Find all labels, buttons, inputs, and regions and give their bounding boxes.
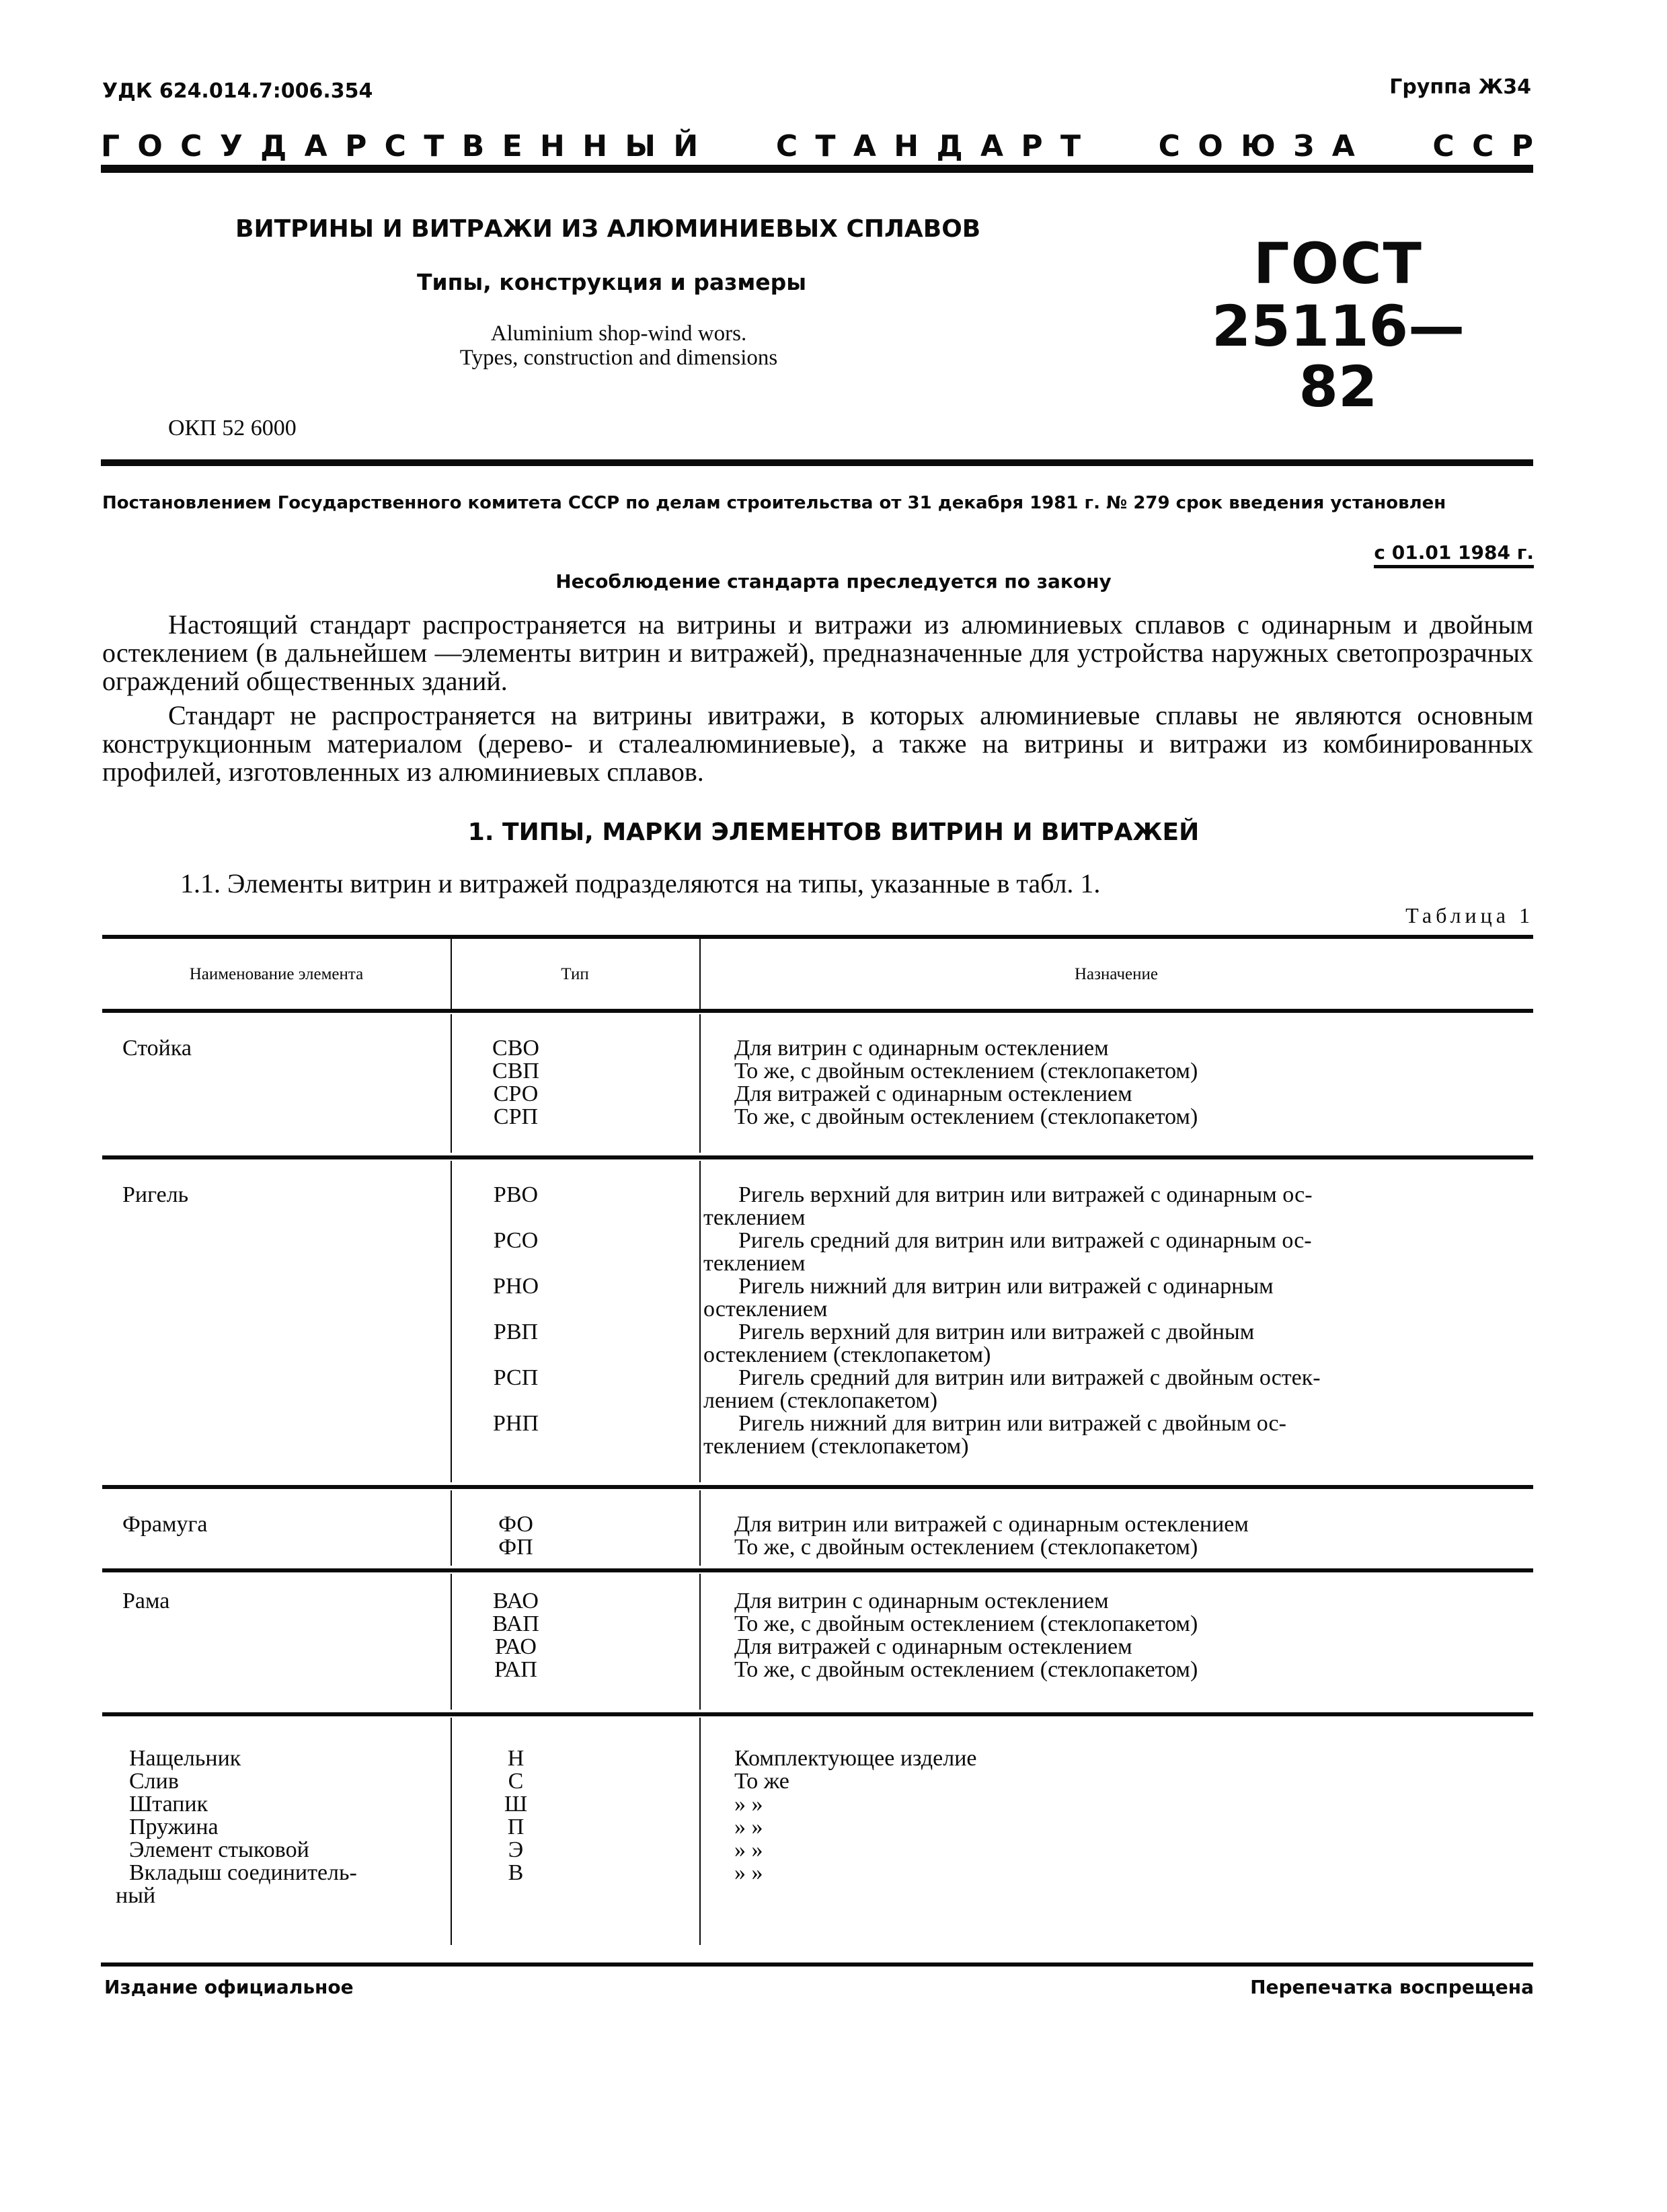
table-column-rule	[699, 1161, 701, 1482]
banner-word: С С Р	[1432, 129, 1533, 163]
purpose-line: » »	[734, 1862, 763, 1884]
purpose-line: теклением	[703, 1252, 1312, 1275]
header-rule	[101, 165, 1533, 173]
purpose-line: » »	[734, 1839, 763, 1862]
purpose: » »	[734, 1862, 763, 1884]
type-code: СВО	[391, 1037, 640, 1060]
footer-official-edition: Издание официальное	[104, 1976, 354, 1998]
footer-reprint-prohibited: Перепечатка воспрещена	[1250, 1976, 1534, 1998]
table-row-rule	[102, 1568, 1533, 1572]
type-code: Ш	[391, 1793, 640, 1816]
type-code: Э	[391, 1839, 640, 1862]
purpose: Для витрин или витражей с одинарным осте…	[734, 1513, 1249, 1536]
section-1-heading: 1. ТИПЫ, МАРКИ ЭЛЕМЕНТОВ ВИТРИН И ВИТРАЖ…	[0, 818, 1667, 846]
purpose: Для витражей с одинарным остеклением	[734, 1636, 1132, 1658]
type-code: ВАП	[391, 1613, 640, 1636]
type-code: РНО	[391, 1275, 640, 1298]
purpose: То же	[734, 1770, 789, 1793]
type-code: ФП	[391, 1536, 640, 1559]
purpose-line: Для витражей с одинарным остеклением	[734, 1083, 1132, 1106]
purpose: То же, с двойным остеклением (стеклопаке…	[734, 1536, 1198, 1559]
purpose: Ригель верхний для витрин или витражей с…	[703, 1184, 1313, 1229]
type-code: СВП	[391, 1060, 640, 1083]
table-caption: Таблица 1	[1405, 903, 1534, 928]
type-code: РВО	[391, 1184, 640, 1207]
table-row-rule	[102, 1712, 1533, 1716]
purpose-line: Для витрин с одинарным остеклением	[734, 1037, 1109, 1060]
type-code: ФО	[391, 1513, 640, 1536]
english-title: Aluminium shop-wind wors. Types, constru…	[323, 321, 915, 370]
type-code: РНП	[391, 1412, 640, 1435]
purpose: Для витрин с одинарным остеклением	[734, 1590, 1109, 1613]
table-column-rule	[699, 1574, 701, 1710]
purpose-line: Для витрин с одинарным остеклением	[734, 1590, 1109, 1613]
purpose: Ригель средний для витрин или витражей с…	[703, 1367, 1321, 1412]
table-row-rule	[102, 1009, 1533, 1013]
purpose: » »	[734, 1793, 763, 1816]
paragraph-exclusions: Стандарт не распространяется на витрины …	[102, 701, 1533, 786]
table-top-rule	[102, 935, 1533, 939]
banner-word: С Т А Н Д А Р Т	[776, 129, 1081, 163]
type-code: ВАО	[391, 1590, 640, 1613]
purpose-line: остеклением (стеклопакетом)	[703, 1344, 1254, 1367]
purpose-line: теклением (стеклопакетом)	[703, 1435, 1286, 1458]
purpose-line: То же	[734, 1770, 789, 1793]
table-column-rule	[699, 1490, 701, 1566]
type-code: РВП	[391, 1321, 640, 1344]
table-header-cell: Тип	[451, 963, 699, 986]
gost-label: ГОСТ	[1210, 235, 1466, 292]
table-row-rule	[102, 1155, 1533, 1159]
law-notice: Несоблюдение стандарта преследуется по з…	[0, 570, 1667, 593]
purpose-line: То же, с двойным остеклением (стеклопаке…	[734, 1613, 1198, 1636]
purpose-line: Для витрин или витражей с одинарным осте…	[734, 1513, 1249, 1536]
purpose: Комплектующее изделие	[734, 1747, 977, 1770]
clause-1-1: 1.1. Элементы витрин и витражей подразде…	[180, 868, 1100, 899]
table-column-rule	[451, 1161, 452, 1482]
state-standard-banner: Г О С У Д А Р С Т В Е Н Н Ы ЙС Т А Н Д А…	[101, 129, 1533, 163]
table-column-rule	[451, 1014, 452, 1153]
purpose: Ригель средний для витрин или витражей с…	[703, 1229, 1312, 1275]
purpose: Ригель нижний для витрин или витражей с …	[703, 1275, 1274, 1321]
type-code: РАО	[391, 1636, 640, 1658]
purpose-line: То же, с двойным остеклением (стеклопаке…	[734, 1060, 1198, 1083]
purpose-line: остеклением	[703, 1298, 1274, 1321]
purpose-line: теклением	[703, 1207, 1313, 1229]
english-title-line1: Aluminium shop-wind wors.	[323, 321, 915, 346]
purpose: То же, с двойным остеклением (стеклопаке…	[734, 1060, 1198, 1083]
purpose-line: Ригель верхний для витрин или витражей с…	[703, 1184, 1313, 1207]
purpose: То же, с двойным остеклением (стеклопаке…	[734, 1106, 1198, 1129]
purpose-line: лением (стеклопакетом)	[703, 1389, 1321, 1412]
type-code: П	[391, 1816, 640, 1839]
type-code: РАП	[391, 1658, 640, 1681]
type-code: В	[391, 1862, 640, 1884]
table-column-rule	[451, 939, 452, 1009]
purpose-line: Комплектующее изделие	[734, 1747, 977, 1770]
element-name-line: ный	[116, 1884, 438, 1907]
group-code: Группа Ж34	[1389, 75, 1531, 99]
paragraph-scope: Настоящий стандарт распространяется на в…	[102, 611, 1533, 695]
purpose: » »	[734, 1839, 763, 1862]
okp-code: ОКП 52 6000	[168, 416, 297, 441]
type-code: СРО	[391, 1083, 640, 1106]
table-column-rule	[451, 1574, 452, 1710]
document-subtitle: Типы, конструкция и размеры	[417, 269, 806, 295]
purpose-line: То же, с двойным остеклением (стеклопаке…	[734, 1658, 1198, 1681]
purpose-line: Ригель средний для витрин или витражей с…	[703, 1367, 1321, 1389]
purpose-line: Ригель нижний для витрин или витражей с …	[703, 1275, 1274, 1298]
footer-rule	[101, 1962, 1533, 1967]
udk-code: УДК 624.014.7:006.354	[102, 79, 373, 103]
purpose-line: » »	[734, 1816, 763, 1839]
type-code: РСП	[391, 1367, 640, 1389]
type-code: РСО	[391, 1229, 640, 1252]
table-column-rule	[699, 1718, 701, 1945]
document-title: ВИТРИНЫ И ВИТРАЖИ ИЗ АЛЮМИНИЕВЫХ СПЛАВОВ	[235, 215, 980, 243]
purpose: Ригель верхний для витрин или витражей с…	[703, 1321, 1254, 1367]
table-row-rule	[102, 1485, 1533, 1489]
gost-number: 25116—82	[1204, 296, 1473, 417]
banner-word: Г О С У Д А Р С Т В Е Н Н Ы Й	[101, 129, 698, 163]
purpose-line: Ригель средний для витрин или витражей с…	[703, 1229, 1312, 1252]
table-column-rule	[451, 1718, 452, 1945]
effective-date: с 01.01 1984 г.	[1374, 541, 1534, 568]
purpose: Ригель нижний для витрин или витражей с …	[703, 1412, 1286, 1458]
type-code: С	[391, 1770, 640, 1793]
purpose: То же, с двойным остеклением (стеклопаке…	[734, 1658, 1198, 1681]
purpose: Для витрин с одинарным остеклением	[734, 1037, 1109, 1060]
purpose: Для витражей с одинарным остеклением	[734, 1083, 1132, 1106]
purpose-line: Для витражей с одинарным остеклением	[734, 1636, 1132, 1658]
table-column-rule	[699, 1014, 701, 1153]
english-title-line2: Types, construction and dimensions	[323, 346, 915, 370]
purpose-line: Ригель нижний для витрин или витражей с …	[703, 1412, 1286, 1435]
table-column-rule	[699, 939, 701, 1009]
purpose-line: Ригель верхний для витрин или витражей с…	[703, 1321, 1254, 1344]
purpose-line: То же, с двойным остеклением (стеклопаке…	[734, 1536, 1198, 1559]
type-code: Н	[391, 1747, 640, 1770]
purpose-line: То же, с двойным остеклением (стеклопаке…	[734, 1106, 1198, 1129]
purpose-line: » »	[734, 1793, 763, 1816]
table-column-rule	[451, 1490, 452, 1566]
type-code: СРП	[391, 1106, 640, 1129]
table-header-cell: Наименование элемента	[102, 963, 451, 986]
decree-text: Постановлением Государственного комитета…	[102, 492, 1533, 514]
title-rule	[101, 459, 1533, 466]
banner-word: С О Ю З А	[1159, 129, 1355, 163]
purpose: » »	[734, 1816, 763, 1839]
table-header-cell: Назначение	[699, 963, 1533, 986]
purpose: То же, с двойным остеклением (стеклопаке…	[734, 1613, 1198, 1636]
